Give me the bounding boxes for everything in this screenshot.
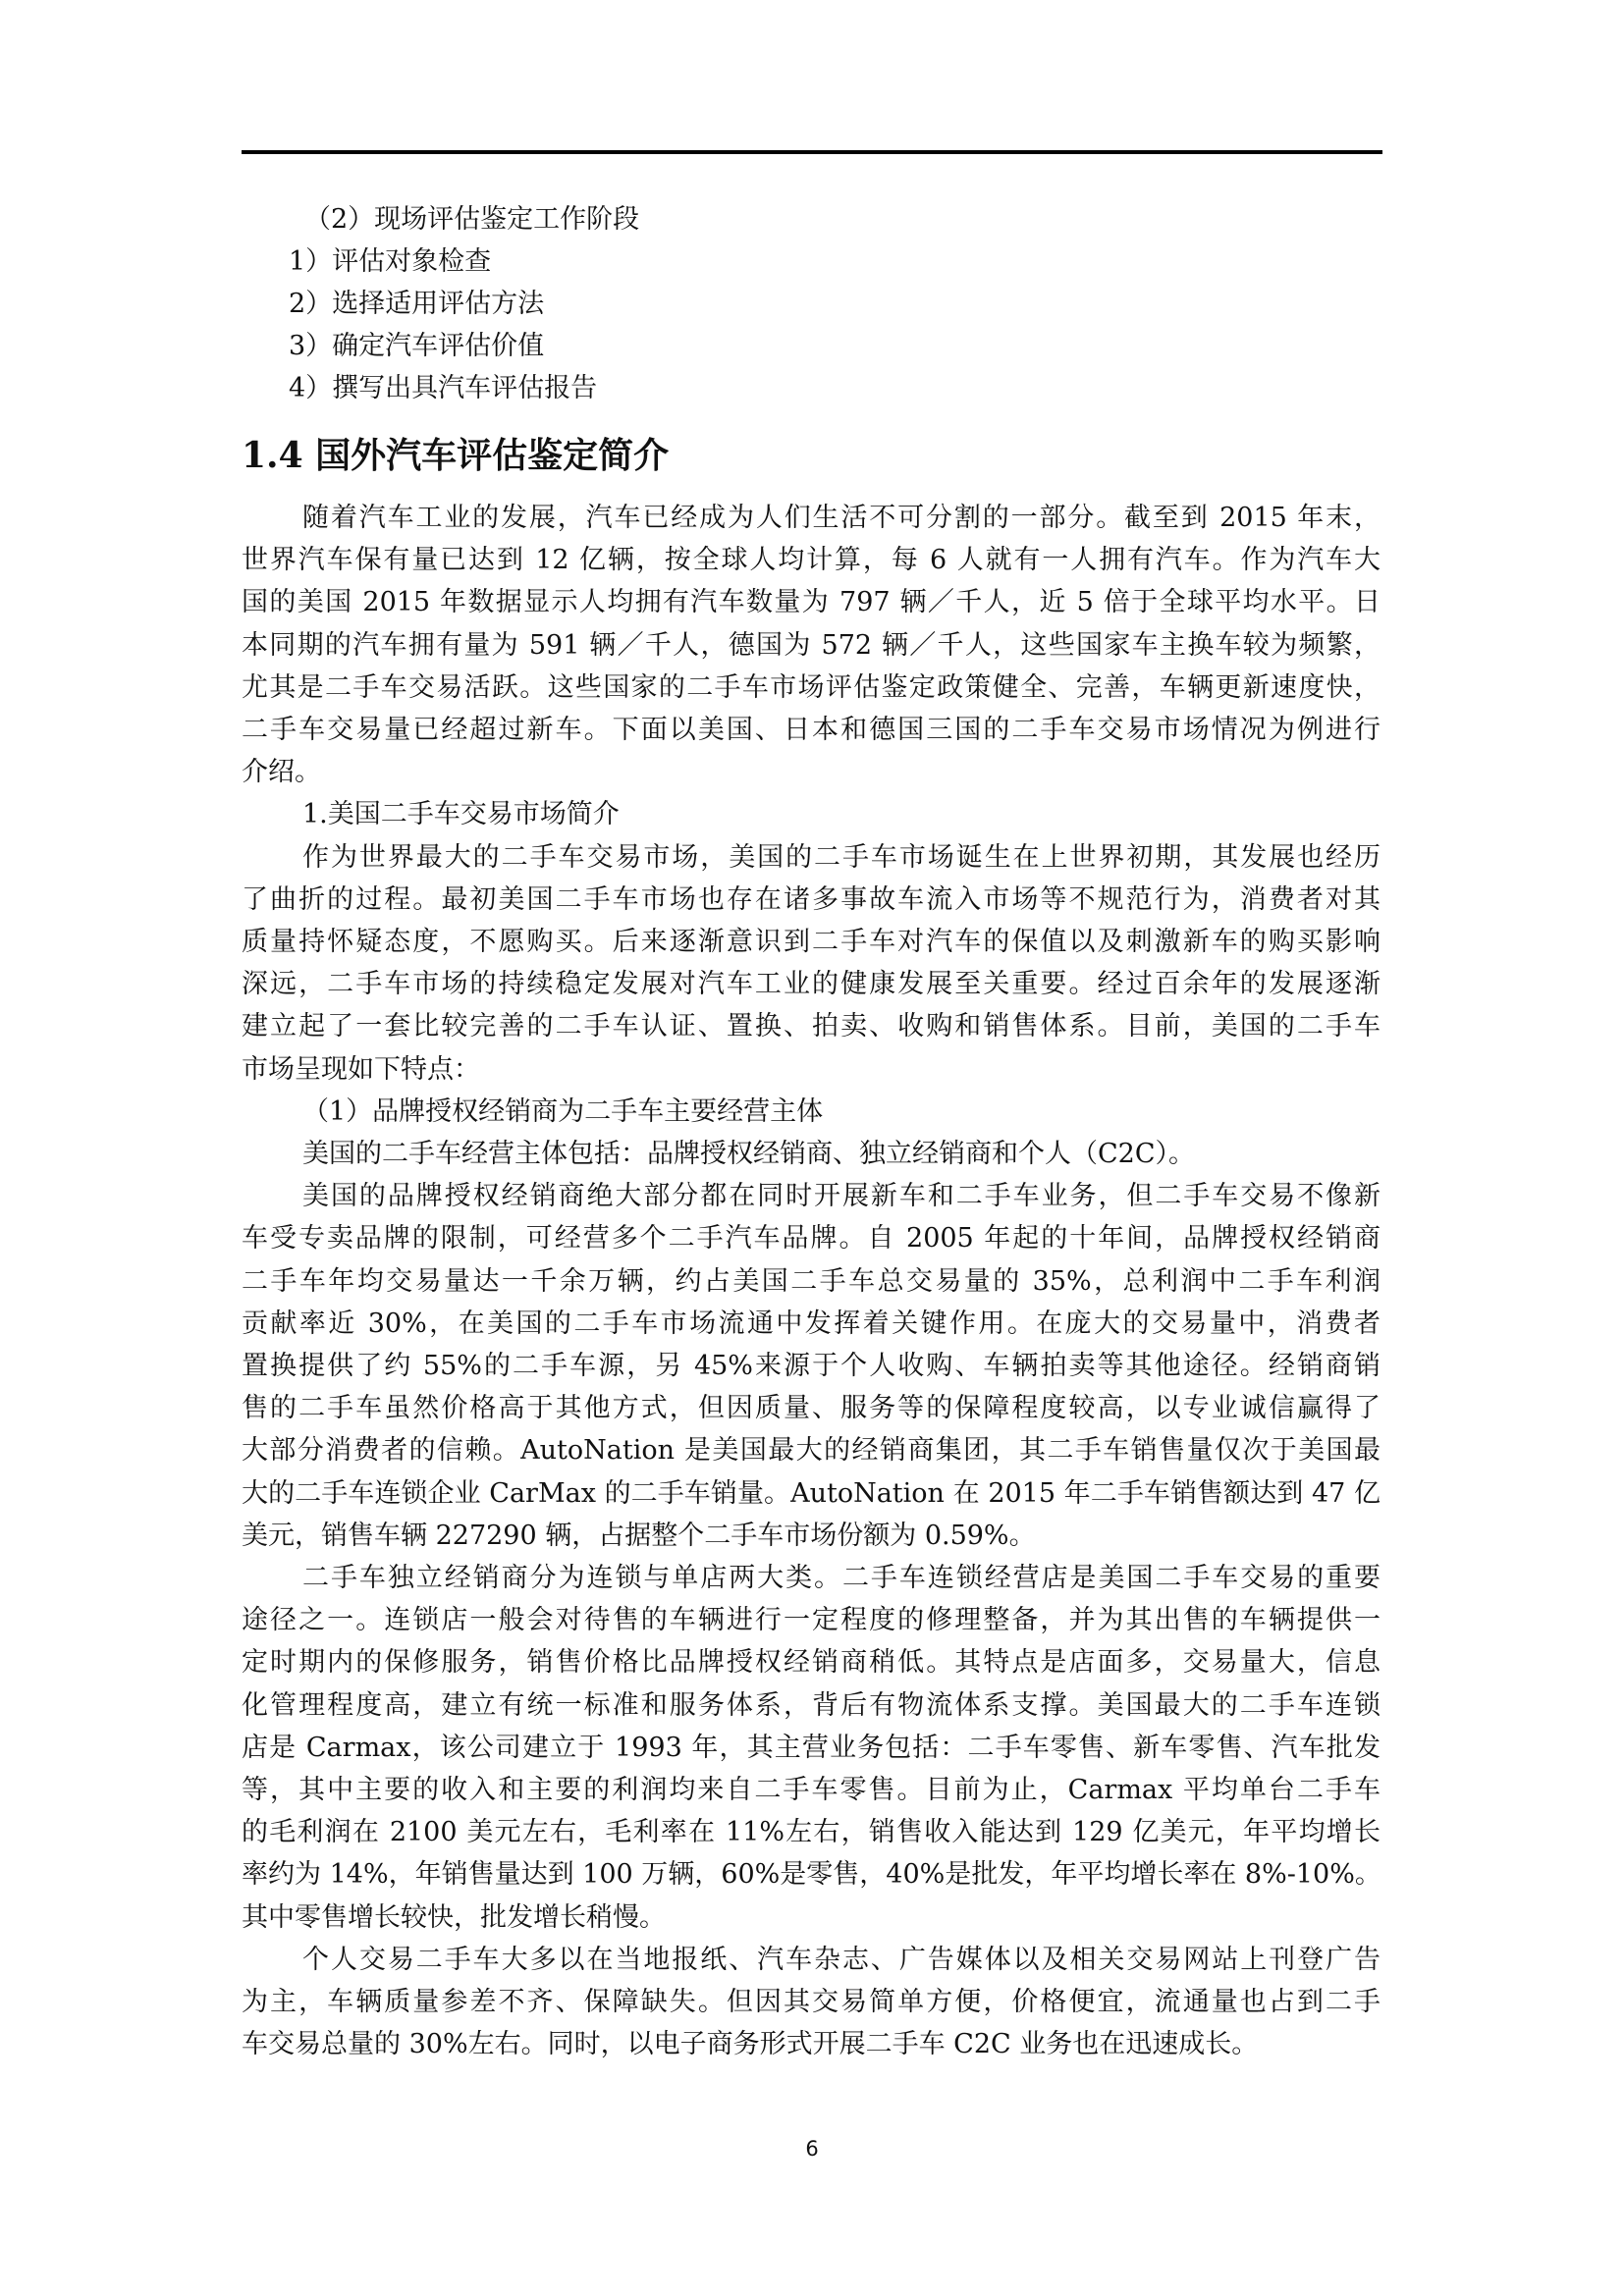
body-line: 深远，二手车市场的持续稳定发展对汽车工业的健康发展至关重要。经过百余年的发展逐渐 [242, 963, 1380, 1005]
body-line: 尤其是二手车交易活跃。这些国家的二手车市场评估鉴定政策健全、完善，车辆更新速度快… [242, 667, 1380, 709]
body-line: 作为世界最大的二手车交易市场，美国的二手车市场诞生在上世界初期，其发展也经历 [242, 836, 1380, 879]
body-line: 店是 Carmax，该公司建立于 1993 年，其主营业务包括：二手车零售、新车… [242, 1727, 1380, 1769]
page-number: 6 [0, 2134, 1624, 2163]
body-line: （1）品牌授权经销商为二手车主要经营主体 [242, 1091, 1380, 1133]
body-line: 市场呈现如下特点： [242, 1048, 1380, 1091]
body-line: 途径之一。连锁店一般会对待售的车辆进行一定程度的修理整备，并为其出售的车辆提供一 [242, 1599, 1380, 1641]
body-line: 建立起了一套比较完善的二手车认证、置换、拍卖、收购和销售体系。目前，美国的二手车 [242, 1005, 1380, 1047]
body-line: 大部分消费者的信赖。AutoNation 是美国最大的经销商集团，其二手车销售量… [242, 1429, 1380, 1471]
stage-list-item: 3）确定汽车评估价值 [242, 325, 1380, 367]
body-line: 为主，车辆质量参差不齐、保障缺失。但因其交易简单方便，价格便宜，流通量也占到二手 [242, 1981, 1380, 2023]
body-line: 1.美国二手车交易市场简介 [242, 793, 1380, 835]
body-line: 了曲折的过程。最初美国二手车市场也存在诸多事故车流入市场等不规范行为，消费者对其 [242, 879, 1380, 921]
body-line: 质量持怀疑态度，不愿购买。后来逐渐意识到二手车对汽车的保值以及刺激新车的购买影响 [242, 921, 1380, 963]
header-rule [242, 150, 1382, 154]
body-line: 车受专卖品牌的限制，可经营多个二手汽车品牌。自 2005 年起的十年间，品牌授权… [242, 1217, 1380, 1259]
body-line: 售的二手车虽然价格高于其他方式，但因质量、服务等的保障程度较高，以专业诚信赢得了 [242, 1387, 1380, 1429]
body-line: 国的美国 2015 年数据显示人均拥有汽车数量为 797 辆／千人，近 5 倍于… [242, 581, 1380, 623]
section-heading: 1.4 国外汽车评估鉴定简介 [242, 430, 669, 481]
body-line: 车交易总量的 30%左右。同时，以电子商务形式开展二手车 C2C 业务也在迅速成… [242, 2023, 1380, 2065]
body-line: 贡献率近 30%，在美国的二手车市场流通中发挥着关键作用。在庞大的交易量中，消费… [242, 1303, 1380, 1345]
body-line: 随着汽车工业的发展，汽车已经成为人们生活不可分割的一部分。截至到 2015 年末… [242, 497, 1380, 539]
body-line: 大的二手车连锁企业 CarMax 的二手车销量。AutoNation 在 201… [242, 1472, 1380, 1515]
body-line: 二手车交易量已经超过新车。下面以美国、日本和德国三国的二手车交易市场情况为例进行 [242, 709, 1380, 751]
body-line: 介绍。 [242, 751, 1380, 793]
body-line: 美国的二手车经营主体包括：品牌授权经销商、独立经销商和个人（C2C）。 [242, 1133, 1380, 1175]
body-line: 的毛利润在 2100 美元左右，毛利率在 11%左右，销售收入能达到 129 亿… [242, 1811, 1380, 1853]
body-line: 等，其中主要的收入和主要的利润均来自二手车零售。目前为止，Carmax 平均单台… [242, 1769, 1380, 1811]
body-line: 置换提供了约 55%的二手车源，另 45%来源于个人收购、车辆拍卖等其他途径。经… [242, 1345, 1380, 1387]
body-line: 率约为 14%，年销售量达到 100 万辆，60%是零售，40%是批发，年平均增… [242, 1853, 1380, 1896]
document-page: （2）现场评估鉴定工作阶段1）评估对象检查2）选择适用评估方法3）确定汽车评估价… [0, 0, 1624, 2296]
stage-list-item: 4）撰写出具汽车评估报告 [242, 367, 1380, 409]
stage-list-item: 2）选择适用评估方法 [242, 283, 1380, 325]
stage-list-title: （2）现场评估鉴定工作阶段 [242, 198, 1380, 240]
body-line: 二手车年均交易量达一千余万辆，约占美国二手车总交易量的 35%，总利润中二手车利… [242, 1260, 1380, 1303]
body-line: 美国的品牌授权经销商绝大部分都在同时开展新车和二手车业务，但二手车交易不像新 [242, 1175, 1380, 1217]
body-line: 定时期内的保修服务，销售价格比品牌授权经销商稍低。其特点是店面多，交易量大，信息 [242, 1641, 1380, 1683]
body-line: 本同期的汽车拥有量为 591 辆／千人，德国为 572 辆／千人，这些国家车主换… [242, 624, 1380, 667]
stage-list-item: 1）评估对象检查 [242, 240, 1380, 283]
body-line: 二手车独立经销商分为连锁与单店两大类。二手车连锁经营店是美国二手车交易的重要 [242, 1557, 1380, 1599]
body-line: 美元，销售车辆 227290 辆，占据整个二手车市场份额为 0.59%。 [242, 1515, 1380, 1557]
body-line: 其中零售增长较快，批发增长稍慢。 [242, 1896, 1380, 1939]
body-line: 化管理程度高，建立有统一标准和服务体系，背后有物流体系支撑。美国最大的二手车连锁 [242, 1684, 1380, 1727]
body-line: 个人交易二手车大多以在当地报纸、汽车杂志、广告媒体以及相关交易网站上刊登广告 [242, 1939, 1380, 1981]
body-line: 世界汽车保有量已达到 12 亿辆，按全球人均计算，每 6 人就有一人拥有汽车。作… [242, 539, 1380, 581]
